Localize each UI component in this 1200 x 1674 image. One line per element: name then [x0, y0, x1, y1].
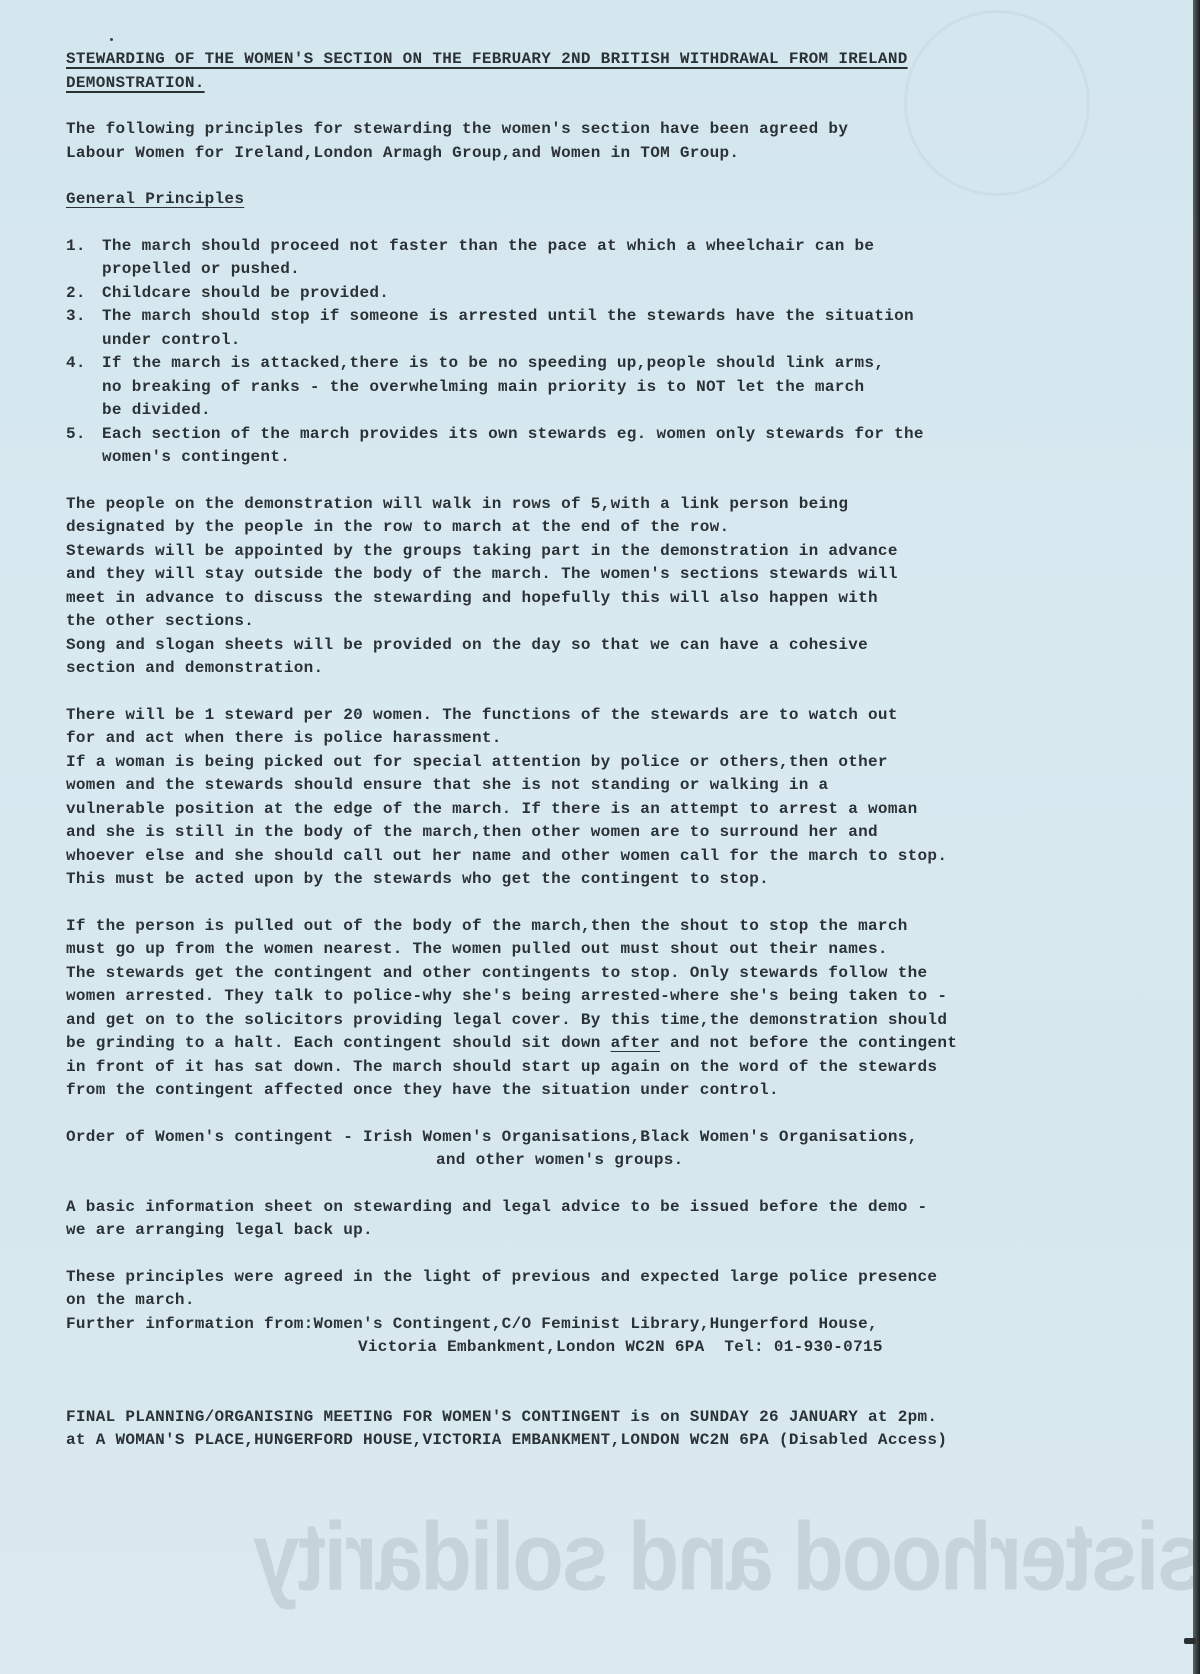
principles-heading: General Principles [66, 188, 1176, 212]
text-line: must go up from the women nearest. The w… [66, 938, 1176, 962]
text-line: designated by the people in the row to m… [66, 516, 1176, 540]
text-line: propelled or pushed. [102, 258, 874, 282]
text-line: and get on to the solicitors providing l… [66, 1009, 1176, 1033]
text-line: The people on the demonstration will wal… [66, 493, 1176, 517]
list-item: 2. Childcare should be provided. [66, 282, 1176, 306]
text-line: women arrested. They talk to police-why … [66, 985, 1176, 1009]
text-line: whoever else and she should call out her… [66, 845, 1176, 869]
pulled-out-paragraph: If the person is pulled out of the body … [66, 915, 1176, 1103]
list-number: 3. [66, 305, 102, 352]
list-number: 2. [66, 282, 102, 306]
text-line: Childcare should be provided. [102, 282, 389, 306]
title-line: DEMONSTRATION. [66, 72, 1176, 96]
scan-edge [1193, 0, 1200, 1674]
text-line: If the march is attacked,there is to be … [102, 352, 884, 376]
list-item: 3. The march should stop if someone is a… [66, 305, 1176, 352]
text-line: no breaking of ranks - the overwhelming … [102, 376, 884, 400]
text-line: we are arranging legal back up. [66, 1219, 1176, 1243]
text-line: women and the stewards should ensure tha… [66, 774, 1176, 798]
text-line: be grinding to a halt. Each contingent s… [66, 1032, 1176, 1056]
text-line: in front of it has sat down. The march s… [66, 1056, 1176, 1080]
text-line: FINAL PLANNING/ORGANISING MEETING FOR WO… [66, 1406, 1176, 1430]
text-line: The march should stop if someone is arre… [102, 305, 914, 329]
text-line: at A WOMAN'S PLACE,HUNGERFORD HOUSE,VICT… [66, 1429, 1176, 1453]
scan-edge-mark [1184, 1638, 1196, 1644]
text-line: and she is still in the body of the marc… [66, 821, 1176, 845]
text-line: section and demonstration. [66, 657, 1176, 681]
document-title: STEWARDING OF THE WOMEN'S SECTION ON THE… [66, 48, 1176, 95]
emphasis-after: after [611, 1034, 661, 1052]
text-line: These principles were agreed in the ligh… [66, 1266, 1176, 1290]
text-line: the other sections. [66, 610, 1176, 634]
text-line: The march should proceed not faster than… [102, 235, 874, 259]
text-line: for and act when there is police harassm… [66, 727, 1176, 751]
text-line: be divided. [102, 399, 884, 423]
list-number: 4. [66, 352, 102, 423]
agreed-paragraph: These principles were agreed in the ligh… [66, 1266, 1176, 1360]
text-line: meet in advance to discuss the stewardin… [66, 587, 1176, 611]
text-line: Stewards will be appointed by the groups… [66, 540, 1176, 564]
text-line: and other women's groups. [66, 1149, 1176, 1173]
title-line: STEWARDING OF THE WOMEN'S SECTION ON THE… [66, 48, 1176, 72]
info-sheet-paragraph: A basic information sheet on stewarding … [66, 1196, 1176, 1243]
rows-paragraph: The people on the demonstration will wal… [66, 493, 1176, 681]
intro-paragraph: The following principles for stewarding … [66, 118, 1176, 165]
text-line: Song and slogan sheets will be provided … [66, 634, 1176, 658]
text-line: The stewards get the contingent and othe… [66, 962, 1176, 986]
text-line: under control. [102, 329, 914, 353]
text-line: Labour Women for Ireland,London Armagh G… [66, 142, 1176, 166]
text-line: and they will stay outside the body of t… [66, 563, 1176, 587]
text-line: on the march. [66, 1289, 1176, 1313]
text-line: from the contingent affected once they h… [66, 1079, 1176, 1103]
show-through-text: In sisterhood and solidarity [255, 1501, 1200, 1613]
text-line: women's contingent. [102, 446, 924, 470]
principles-list: 1. The march should proceed not faster t… [66, 235, 1176, 470]
text-line: Each section of the march provides its o… [102, 423, 924, 447]
list-item: 5. Each section of the march provides it… [66, 423, 1176, 470]
list-item: 1. The march should proceed not faster t… [66, 235, 1176, 282]
contact-line: Victoria Embankment,London WC2N 6PA Tel:… [66, 1336, 1176, 1360]
text-line: The following principles for stewarding … [66, 118, 1176, 142]
final-meeting-notice: FINAL PLANNING/ORGANISING MEETING FOR WO… [66, 1406, 1176, 1453]
text-line: If the person is pulled out of the body … [66, 915, 1176, 939]
document-body: STEWARDING OF THE WOMEN'S SECTION ON THE… [66, 48, 1176, 1453]
text-line: vulnerable position at the edge of the m… [66, 798, 1176, 822]
list-item: 4. If the march is attacked,there is to … [66, 352, 1176, 423]
ink-speck [110, 38, 113, 41]
order-paragraph: Order of Women's contingent - Irish Wome… [66, 1126, 1176, 1173]
text-line: There will be 1 steward per 20 women. Th… [66, 704, 1176, 728]
contact-line: Further information from:Women's Conting… [66, 1313, 1176, 1337]
list-number: 5. [66, 423, 102, 470]
text-line: This must be acted upon by the stewards … [66, 868, 1176, 892]
stewards-paragraph: There will be 1 steward per 20 women. Th… [66, 704, 1176, 892]
text-line: If a woman is being picked out for speci… [66, 751, 1176, 775]
list-number: 1. [66, 235, 102, 282]
text-line: A basic information sheet on stewarding … [66, 1196, 1176, 1220]
text-line: Order of Women's contingent - Irish Wome… [66, 1126, 1176, 1150]
